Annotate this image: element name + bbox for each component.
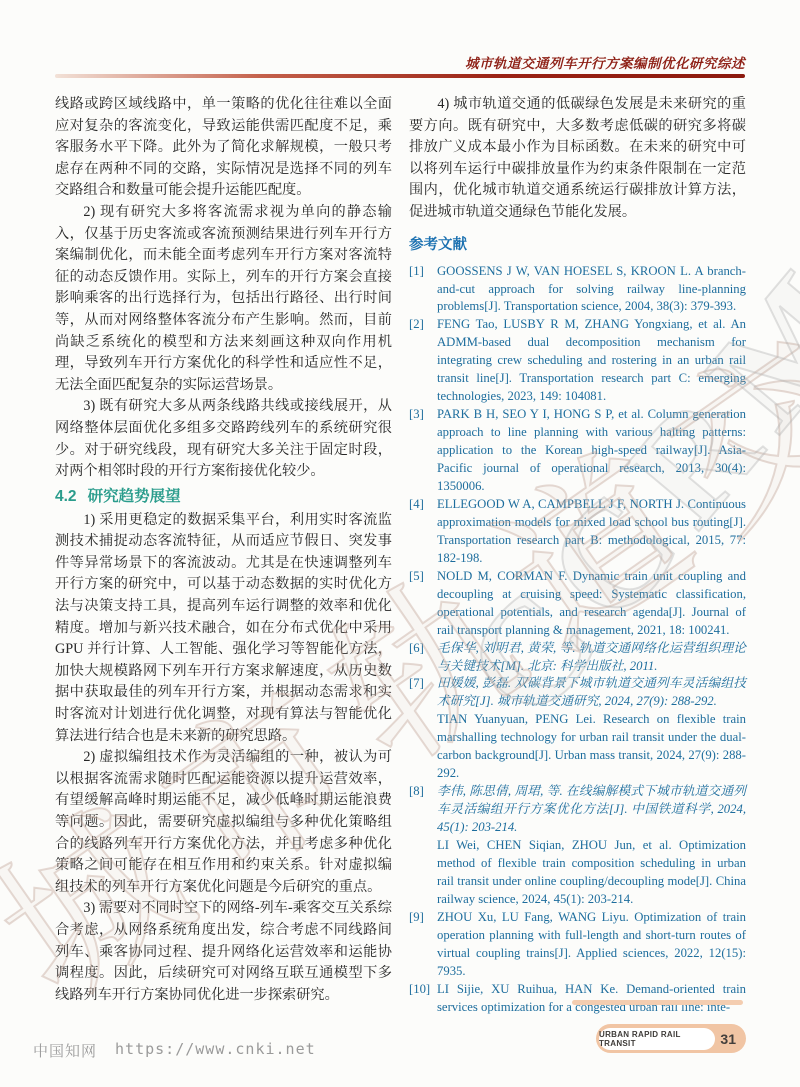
cnki-watermark: 中国知网 https://www.cnki.net: [33, 1040, 316, 1061]
body-paragraph: 2) 虚拟编组技术作为灵活编组的一种，被认为可以根据客流需求随时匹配运能资源以提…: [55, 747, 392, 898]
reference-item: [10] LI Sijie, XU Ruihua, HAN Ke. Demand…: [409, 981, 746, 1017]
reference-text-translation: TIAN Yuanyuan, PENG Lei. Research on fle…: [437, 711, 746, 783]
reference-number: [9]: [409, 909, 437, 981]
cnki-url: https://www.cnki.net: [115, 1040, 316, 1061]
reference-text: FENG Tao, LUSBY R M, ZHANG Yongxiang, et…: [437, 316, 746, 406]
reference-number: [2]: [409, 316, 437, 406]
reference-item: [7] 田媛媛, 彭磊. 双碳背景下城市轨道交通列车灵活编组技术研究[J]. 城…: [409, 675, 746, 783]
page-number: 31: [720, 1024, 736, 1053]
section-title: 研究趋势展望: [88, 484, 181, 509]
header-rule: [55, 74, 745, 78]
body-paragraph: 1) 采用更稳定的数据采集平台，利用实时客流监测技术捕捉动态客流特征，从而适应节…: [55, 510, 392, 748]
journal-name-label: URBAN RAPID RAIL TRANSIT: [599, 1028, 715, 1050]
reference-text: LI Sijie, XU Ruihua, HAN Ke. Demand-orie…: [437, 981, 746, 1017]
reference-text-translation: LI Wei, CHEN Siqian, ZHOU Jun, et al. Op…: [437, 837, 746, 909]
reference-number: [10]: [409, 981, 437, 1017]
reference-number: [8]: [409, 783, 437, 909]
reference-text: ZHOU Xu, LU Fang, WANG Liyu. Optimizatio…: [437, 909, 746, 981]
reference-text-chinese: 田媛媛, 彭磊. 双碳背景下城市轨道交通列车灵活编组技术研究[J]. 城市轨道交…: [437, 675, 746, 711]
paper-page: 城市轨道交通列车开行方案编制优化研究综述 线路或跨区域线路中，单一策略的优化往往…: [0, 0, 800, 1087]
reference-text: ELLEGOOD W A, CAMPBELL J F, NORTH J. Con…: [437, 496, 746, 568]
body-paragraph: 2) 现有研究大多将客流需求视为单向的静态输入，仅基于历史客流或客流预测结果进行…: [55, 202, 392, 396]
footer-accent-bar: [572, 1000, 743, 1005]
reference-text: PARK B H, SEO Y I, HONG S P, et al. Colu…: [437, 406, 746, 496]
references-heading: 参考文献: [409, 235, 746, 255]
cnki-name: 中国知网: [33, 1040, 97, 1061]
section-heading: 4.2 研究趋势展望: [55, 484, 392, 509]
body-paragraph: 线路或跨区域线路中，单一策略的优化往往难以全面应对复杂的客流变化，导致运能供需匹…: [55, 94, 392, 202]
reference-text-chinese: 毛保华, 刘明君, 黄荣, 等. 轨道交通网络化运营组织理论与关键技术[M]. …: [437, 640, 746, 676]
body-paragraph: 3) 需要对不同时空下的网络-列车-乘客交互关系综合考虑，从网络系统角度出发，综…: [55, 898, 392, 1006]
reference-item: [6] 毛保华, 刘明君, 黄荣, 等. 轨道交通网络化运营组织理论与关键技术[…: [409, 640, 746, 676]
reference-list: [1] GOOSSENS J W, VAN HOESEL S, KROON L.…: [409, 263, 746, 1017]
reference-text: NOLD M, CORMAN F. Dynamic train unit cou…: [437, 568, 746, 640]
right-column: 4) 城市轨道交通的低碳绿色发展是未来研究的重要方向。既有研究中，大多数考虑低碳…: [409, 94, 746, 1017]
reference-item: [9] ZHOU Xu, LU Fang, WANG Liyu. Optimiz…: [409, 909, 746, 981]
body-paragraph: 3) 既有研究大多从两条线路共线或接线展开，从网络整体层面优化多组多交路跨线列车…: [55, 396, 392, 482]
reference-text: GOOSSENS J W, VAN HOESEL S, KROON L. A b…: [437, 263, 746, 317]
body-paragraph: 4) 城市轨道交通的低碳绿色发展是未来研究的重要方向。既有研究中，大多数考虑低碳…: [409, 94, 746, 224]
reference-item: [1] GOOSSENS J W, VAN HOESEL S, KROON L.…: [409, 263, 746, 317]
section-number: 4.2: [55, 484, 77, 509]
reference-number: [4]: [409, 496, 437, 568]
reference-item: [3] PARK B H, SEO Y I, HONG S P, et al. …: [409, 406, 746, 496]
reference-item: [2] FENG Tao, LUSBY R M, ZHANG Yongxiang…: [409, 316, 746, 406]
reference-item: [5] NOLD M, CORMAN F. Dynamic train unit…: [409, 568, 746, 640]
reference-number: [6]: [409, 640, 437, 676]
running-title: 城市轨道交通列车开行方案编制优化研究综述: [465, 52, 745, 72]
reference-number: [1]: [409, 263, 437, 317]
reference-item: [8] 李伟, 陈思倩, 周珺, 等. 在线编解模式下城市轨道交通列车灵活编组开…: [409, 783, 746, 909]
left-column: 线路或跨区域线路中，单一策略的优化往往难以全面应对复杂的客流变化，导致运能供需匹…: [55, 94, 392, 1006]
reference-item: [4] ELLEGOOD W A, CAMPBELL J F, NORTH J.…: [409, 496, 746, 568]
reference-text-chinese: 李伟, 陈思倩, 周珺, 等. 在线编解模式下城市轨道交通列车灵活编组开行方案优…: [437, 783, 746, 837]
journal-badge: URBAN RAPID RAIL TRANSIT 31: [596, 1024, 746, 1053]
reference-number: [5]: [409, 568, 437, 640]
reference-number: [3]: [409, 406, 437, 496]
reference-number: [7]: [409, 675, 437, 783]
